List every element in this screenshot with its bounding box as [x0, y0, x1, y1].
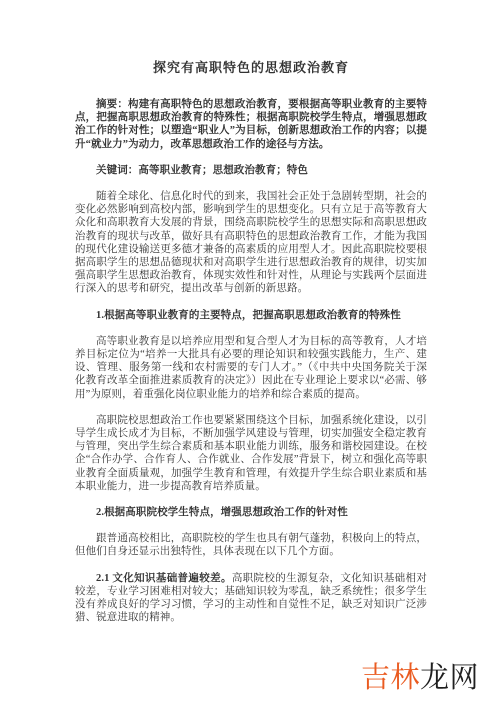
page-title: 探究有高职特色的思想政治教育 — [75, 60, 427, 76]
keywords-line: 关键词：高等职业教育；思想政治教育；特色 — [75, 164, 427, 177]
section-1-paragraph-1: 高等职业教育是以培养应用型和复合型人才为目标的高等教育，人才培养目标定位为“培养… — [75, 335, 427, 401]
section-1-heading: 1.根据高等职业教育的主要特点，把握高职思想政治教育的特殊性 — [75, 309, 427, 322]
watermark-text-dark: 龙网 — [420, 662, 479, 694]
watermark-text-orange: 吉林 — [361, 662, 420, 694]
item-2-1-lead: 2.1 文化知识基础普遍较差。 — [96, 573, 232, 584]
section-1-paragraph-2: 高职院校思想政治工作也要紧紧围绕这个目标，加强系统化建设，以引导学生成长成才为目… — [75, 414, 427, 493]
section-2-heading: 2.根据高职院校学生特点，增强思想政治工作的针对性 — [75, 506, 427, 519]
section-2-paragraph-1: 跟普通高校相比，高职院校的学生也具有朝气蓬勃，积极向上的特点，但他们自身还显示出… — [75, 532, 427, 558]
site-watermark: 吉林龙网 — [361, 663, 479, 693]
abstract-paragraph: 摘要：构建有高职特色的思想政治教育，要根据高等职业教育的主要特点，把握高职思想政… — [75, 98, 427, 151]
section-2-item-2-1: 2.1 文化知识基础普遍较差。高职院校的生源复杂，文化知识基础相对较差，专业学习… — [75, 572, 427, 625]
intro-paragraph: 随着全球化、信息化时代的到来，我国社会正处于急剧转型期，社会的变化必然影响到高校… — [75, 190, 427, 296]
document-page: 探究有高职特色的思想政治教育 摘要：构建有高职特色的思想政治教育，要根据高等职业… — [0, 0, 500, 707]
